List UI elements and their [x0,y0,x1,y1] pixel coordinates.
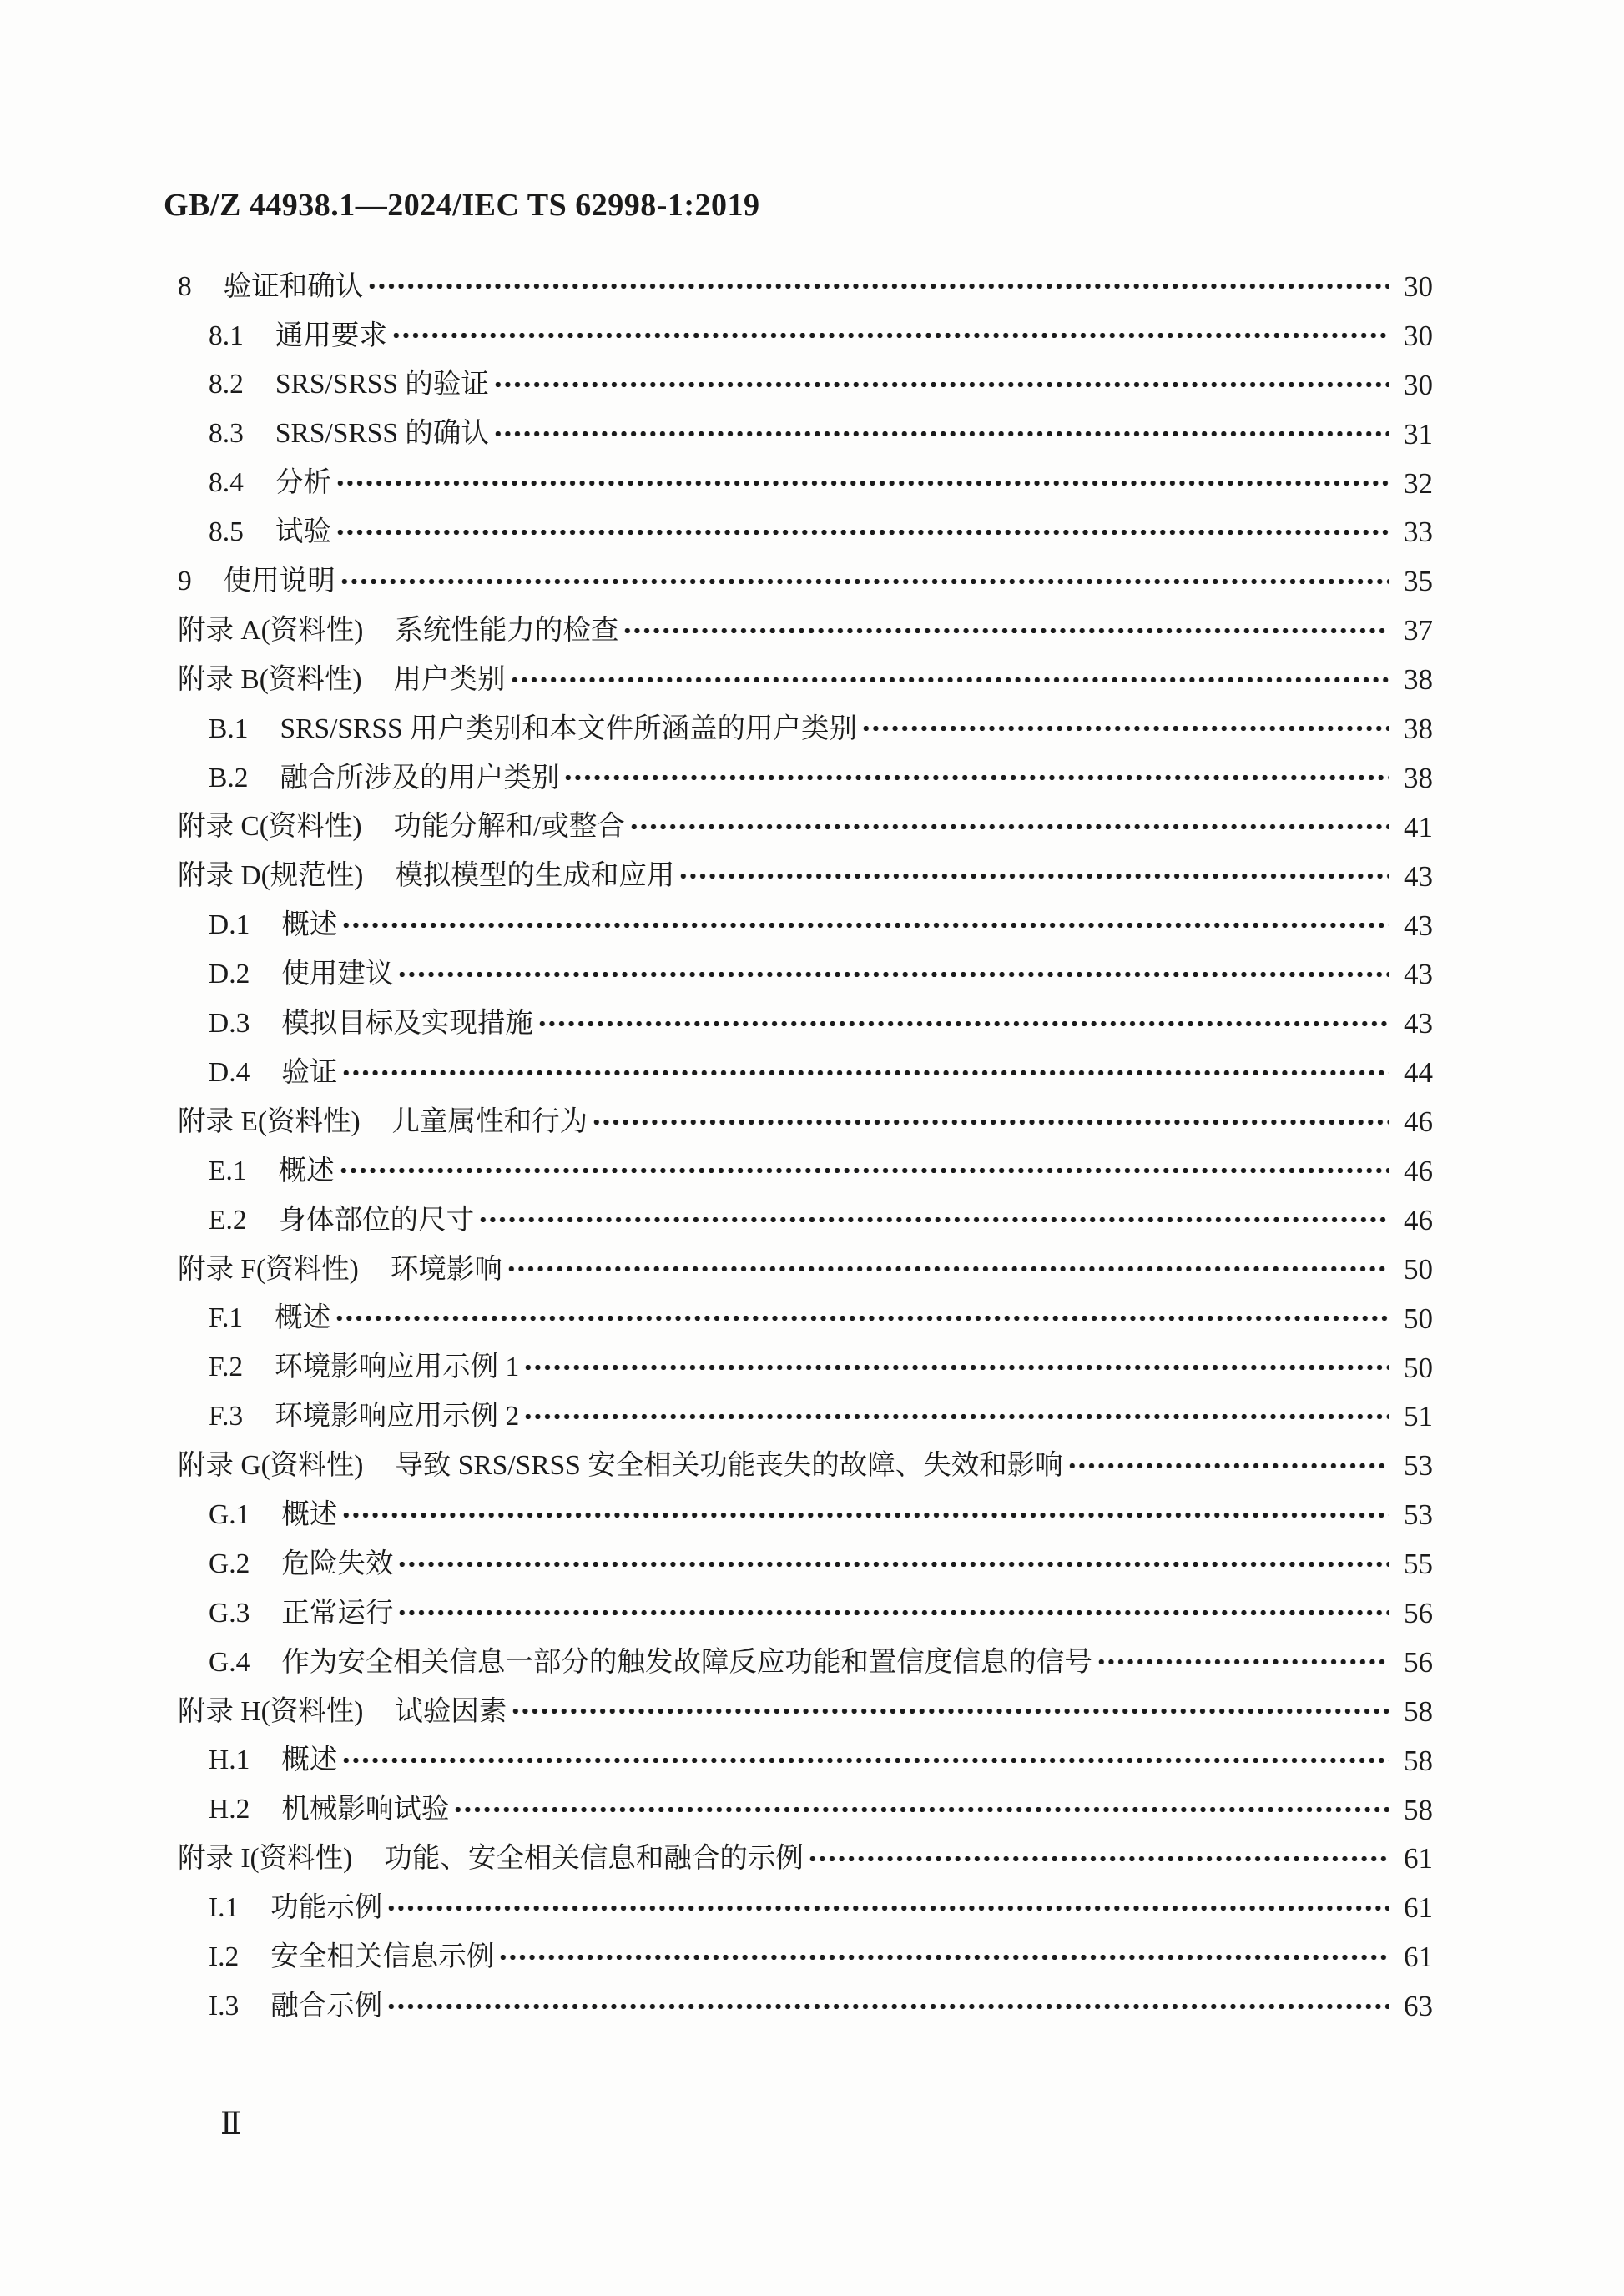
toc-entry-number: D.4 [209,1059,250,1087]
toc-entry-page: 61 [1389,1942,1433,1971]
toc-entry-number: H.1 [209,1746,250,1775]
toc-entry-title: 融合所涉及的用户类别 [280,764,559,793]
toc-entry-title: 概述 [279,1157,335,1186]
dot-leader [523,1412,1389,1421]
toc-entry-number: 8.1 [209,322,244,350]
toc-entry-number: 附录 H(资料性) [178,1698,363,1726]
dot-leader [341,1756,1389,1765]
toc-entry-page: 53 [1389,1451,1433,1480]
dot-leader [453,1805,1389,1814]
toc-entry-page: 38 [1389,665,1433,694]
toc-entry-title: 概述 [281,1746,337,1775]
toc-entry-page: 46 [1389,1107,1433,1136]
toc-entry: 8.5 试验 33 [178,507,1433,556]
toc-entry-number: I.1 [209,1894,239,1922]
toc-entry-page: 37 [1389,616,1433,645]
toc-entry: D.1 概述 43 [178,901,1433,950]
toc-entry-number: E.1 [209,1157,247,1186]
toc-entry: E.1 概述 46 [178,1146,1433,1196]
toc-entry-title: SRS/SRSS 用户类别和本文件所涵盖的用户类别 [280,715,857,743]
dot-leader [341,921,1389,929]
toc-entry-number: G.2 [209,1550,250,1578]
dot-leader [335,479,1389,487]
toc-entry-number: H.2 [209,1795,250,1824]
toc-entry-page: 53 [1389,1500,1433,1529]
toc-entry-title: 试验因素 [395,1698,507,1726]
dot-leader [1067,1462,1389,1470]
toc-entry: F.1 概述 50 [178,1294,1433,1343]
toc-entry: 附录 H(资料性) 试验因素 58 [178,1687,1433,1736]
toc-entry-page: 46 [1389,1206,1433,1235]
toc-entry-page: 33 [1389,517,1433,546]
toc-entry-title: 试验 [275,518,331,546]
toc-entry-number: B.2 [209,764,248,793]
toc-entry-number: G.4 [209,1649,250,1677]
dot-leader [507,1265,1389,1273]
toc-entry: I.3 融合示例 63 [178,1981,1433,2031]
toc-entry-title: 作为安全相关信息一部分的触发故障反应功能和置信度信息的信号 [281,1649,1092,1677]
toc-entry-page: 55 [1389,1549,1433,1578]
toc-entry: D.2 使用建议 43 [178,949,1433,999]
toc-entry-number: I.2 [209,1943,239,1971]
dot-leader [623,627,1389,635]
dot-leader [386,2002,1389,2011]
dot-leader [335,528,1389,536]
toc-entry-number: I.3 [209,1992,239,2021]
dot-leader [511,1707,1389,1715]
toc-entry-number: F.1 [209,1304,243,1332]
dot-leader [523,1363,1389,1372]
toc-entry-number: B.1 [209,715,248,743]
dot-leader [592,1118,1389,1126]
toc-entry: 附录 D(规范性) 模拟模型的生成和应用 43 [178,852,1433,901]
toc-entry-page: 61 [1389,1844,1433,1873]
toc-entry: 9 使用说明 35 [178,556,1433,606]
toc-entry-page: 35 [1389,566,1433,596]
toc-entry-page: 41 [1389,813,1433,842]
toc-entry-page: 58 [1389,1746,1433,1775]
toc-entry-title: SRS/SRSS 的验证 [275,370,489,399]
toc-entry-number: 8.5 [209,518,244,546]
toc-entry-title: 概述 [281,1501,337,1529]
toc-entry-number: 附录 G(资料性) [178,1452,363,1480]
toc-entry-number: 附录 E(资料性) [178,1108,361,1136]
toc-entry-page: 44 [1389,1058,1433,1087]
toc-entry: E.2 身体部位的尺寸 46 [178,1196,1433,1245]
toc-entry-number: 附录 F(资料性) [178,1256,359,1284]
document-header-standard-number: GB/Z 44938.1—2024/IEC TS 62998-1:2019 [164,187,760,224]
toc-entry-page: 51 [1389,1402,1433,1431]
dot-leader [367,282,1389,290]
toc-entry-number: 8.2 [209,370,244,399]
toc-entry-title: 概述 [275,1304,330,1332]
toc-entry-title: 验证 [281,1059,337,1087]
toc-entry: I.1 功能示例 61 [178,1883,1433,1932]
dot-leader [493,430,1389,438]
toc-entry: 8.4 分析 32 [178,459,1433,508]
dot-leader [478,1216,1389,1224]
dot-leader [629,823,1389,831]
toc-entry-title: 使用说明 [224,567,335,596]
toc-entry-page: 50 [1389,1255,1433,1284]
toc-entry: G.1 概述 53 [178,1490,1433,1539]
dot-leader [537,1020,1389,1028]
dot-leader [510,676,1389,684]
toc-entry-title: 用户类别 [394,666,506,694]
toc-entry-page: 43 [1389,959,1433,989]
toc-entry-number: 附录 D(规范性) [178,862,363,890]
toc-entry: D.3 模拟目标及实现措施 43 [178,999,1433,1048]
toc-entry-number: 附录 I(资料性) [178,1845,352,1873]
toc-entry: 附录 E(资料性) 儿童属性和行为 46 [178,1097,1433,1146]
toc-entry-page: 58 [1389,1697,1433,1726]
toc-entry-title: 环境影响应用示例 2 [275,1402,519,1431]
toc-entry-number: 9 [178,567,192,596]
toc-entry-title: 验证和确认 [224,273,364,301]
toc-entry: 附录 C(资料性) 功能分解和/或整合 41 [178,803,1433,852]
toc-entry: 附录 B(资料性) 用户类别 38 [178,655,1433,704]
toc-entry-title: 身体部位的尺寸 [279,1206,475,1235]
toc-entry-title: 功能分解和/或整合 [394,813,625,841]
toc-entry: G.2 危险失效 55 [178,1539,1433,1589]
toc-entry-title: 概述 [281,911,337,939]
toc-entry-number: E.2 [209,1206,247,1235]
dot-leader [678,872,1389,880]
toc-entry-title: 导致 SRS/SRSS 安全相关功能丧失的故障、失效和影响 [395,1452,1062,1480]
toc-entry-title: 功能示例 [270,1894,382,1922]
toc-entry: H.1 概述 58 [178,1736,1433,1785]
toc-entry: G.3 正常运行 56 [178,1589,1433,1638]
document-page: GB/Z 44938.1—2024/IEC TS 62998-1:2019 8 … [0,0,1624,2296]
toc-entry: H.2 机械影响试验 58 [178,1785,1433,1835]
dot-leader [341,1069,1389,1077]
toc-entry-title: 使用建议 [281,960,393,989]
toc-entry: F.3 环境影响应用示例 2 51 [178,1392,1433,1441]
toc-entry-number: 8.3 [209,420,244,448]
toc-entry-title: 环境影响应用示例 1 [275,1353,519,1382]
toc-entry-page: 58 [1389,1795,1433,1825]
toc-entry-title: 模拟目标及实现措施 [281,1010,533,1038]
dot-leader [397,970,1389,979]
dot-leader [397,1609,1389,1617]
toc-entry: B.1 SRS/SRSS 用户类别和本文件所涵盖的用户类别 38 [178,704,1433,753]
dot-leader [498,1953,1389,1961]
toc-entry-number: G.3 [209,1599,250,1628]
toc-entry: G.4 作为安全相关信息一部分的触发故障反应功能和置信度信息的信号 56 [178,1638,1433,1687]
toc-entry-title: 机械影响试验 [281,1795,449,1824]
toc-entry: F.2 环境影响应用示例 1 50 [178,1343,1433,1392]
dot-leader [339,1166,1389,1175]
dot-leader [341,1511,1389,1519]
toc-entry-title: 环境影响 [391,1256,502,1284]
toc-entry-page: 38 [1389,763,1433,793]
toc-entry-page: 61 [1389,1893,1433,1922]
toc-entry-number: F.2 [209,1353,243,1382]
toc-entry-title: 融合示例 [270,1992,382,2021]
toc-entry-number: F.3 [209,1402,243,1431]
toc-entry-page: 30 [1389,321,1433,350]
toc-entry: 8.3 SRS/SRSS 的确认 31 [178,410,1433,459]
toc-entry: B.2 融合所涉及的用户类别 38 [178,753,1433,803]
toc-entry-title: 儿童属性和行为 [392,1108,588,1136]
toc-entry-page: 46 [1389,1156,1433,1186]
dot-leader [397,1560,1389,1568]
toc-entry-page: 43 [1389,862,1433,891]
toc-entry-page: 56 [1389,1599,1433,1628]
toc-entry-title: 模拟模型的生成和应用 [395,862,674,890]
toc-entry-page: 31 [1389,420,1433,449]
toc-entry-title: 安全相关信息示例 [270,1943,494,1971]
dot-leader [861,724,1389,733]
toc-entry-number: D.3 [209,1010,250,1038]
toc-entry: 附录 F(资料性) 环境影响 50 [178,1245,1433,1294]
toc-entry: 附录 G(资料性) 导致 SRS/SRSS 安全相关功能丧失的故障、失效和影响 … [178,1441,1433,1490]
toc-entry: 附录 I(资料性) 功能、安全相关信息和融合的示例 61 [178,1835,1433,1884]
toc-entry-page: 30 [1389,272,1433,301]
toc-entry-page: 32 [1389,469,1433,498]
toc-entry-number: D.1 [209,911,250,939]
dot-leader [391,331,1389,340]
toc-entry: 8 验证和确认 30 [178,262,1433,311]
toc-entry: 8.1 通用要求 30 [178,311,1433,360]
toc-entry-page: 50 [1389,1304,1433,1333]
dot-leader [563,773,1389,782]
table-of-contents: 8 验证和确认 30 8.1 通用要求 30 8.2 SRS/SRSS 的验证 … [178,262,1433,2031]
toc-entry-number: 8.4 [209,469,244,497]
dot-leader [386,1904,1389,1912]
toc-entry-page: 30 [1389,370,1433,400]
toc-entry-title: 分析 [275,469,331,497]
toc-entry-number: 附录 A(资料性) [178,617,363,645]
toc-entry-number: G.1 [209,1501,250,1529]
dot-leader [808,1855,1389,1863]
toc-entry-title: SRS/SRSS 的确认 [275,420,489,448]
toc-entry-title: 系统性能力的检查 [395,617,618,645]
toc-entry-number: 附录 C(资料性) [178,813,362,841]
toc-entry-page: 38 [1389,714,1433,743]
toc-entry-title: 功能、安全相关信息和融合的示例 [384,1845,804,1873]
toc-entry-title: 正常运行 [281,1599,393,1628]
toc-entry-title: 通用要求 [275,322,387,350]
toc-entry-page: 43 [1389,911,1433,940]
toc-entry: I.2 安全相关信息示例 61 [178,1932,1433,1981]
dot-leader [335,1314,1389,1322]
toc-entry: 8.2 SRS/SRSS 的验证 30 [178,360,1433,410]
toc-entry-number: D.2 [209,960,250,989]
dot-leader [493,380,1389,389]
toc-entry-page: 50 [1389,1353,1433,1382]
toc-entry-page: 43 [1389,1009,1433,1038]
page-number-roman: Ⅱ [220,2106,241,2142]
toc-entry: 附录 A(资料性) 系统性能力的检查 37 [178,606,1433,655]
toc-entry-title: 危险失效 [281,1550,393,1578]
dot-leader [340,577,1389,586]
toc-entry-number: 附录 B(资料性) [178,666,362,694]
dot-leader [1097,1658,1389,1666]
toc-entry-page: 63 [1389,1991,1433,2021]
toc-entry-number: 8 [178,273,192,301]
toc-entry-page: 56 [1389,1648,1433,1677]
toc-entry: D.4 验证 44 [178,1048,1433,1097]
